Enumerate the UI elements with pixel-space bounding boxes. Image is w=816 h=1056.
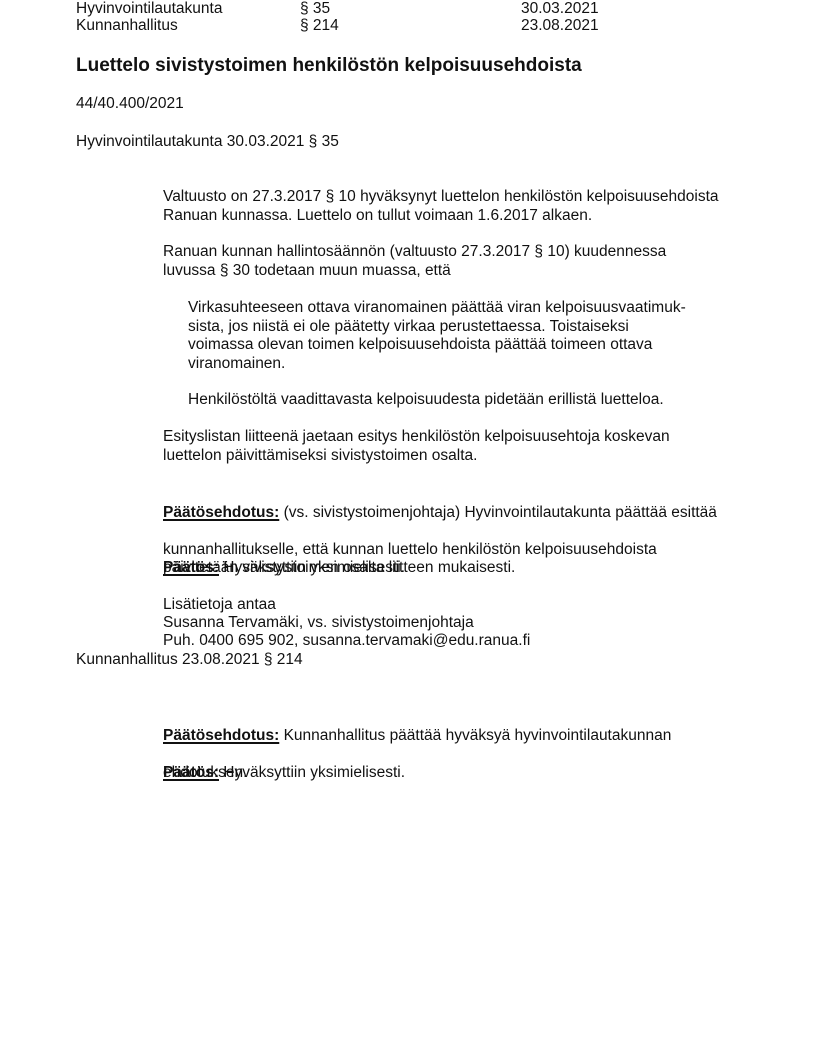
meeting1-paragraph-3: Esityslistan liitteenä jaetaan esitys he… — [163, 428, 670, 465]
meeting1-paragraph-1: Valtuusto on 27.3.2017 § 10 hyväksynyt l… — [163, 188, 719, 225]
header-date: 23.08.2021 — [521, 17, 599, 36]
meeting1-heading: Hyvinvointilautakunta 30.03.2021 § 35 — [76, 133, 339, 152]
meeting2-decision: Päätös: Hyväksyttiin yksimielisesti. — [163, 764, 405, 783]
decision-text: Hyväksyttiin yksimielisesti. — [219, 559, 405, 576]
document-title: Luettelo sivistystoimen henkilöstön kelp… — [76, 55, 582, 77]
proposal-text: Kunnanhallitus päättää hyväksyä hyvinvoi… — [279, 727, 671, 744]
header-date: 30.03.2021 — [521, 0, 599, 19]
decision-text: Hyväksyttiin yksimielisesti. — [219, 764, 405, 781]
proposal-label: Päätösehdotus: — [163, 504, 279, 521]
proposal-text: (vs. sivistystoimenjohtaja) Hyvinvointil… — [279, 504, 717, 521]
header-body: Hyvinvointilautakunta — [76, 0, 222, 19]
header-row: Hyvinvointilautakunta § 35 30.03.2021 — [76, 0, 776, 18]
decision-label: Päätös: — [163, 764, 219, 781]
header-section: § 35 — [300, 0, 330, 19]
header-section: § 214 — [300, 17, 339, 36]
meeting1-proposal: Päätösehdotus: (vs. sivistystoimenjohtaj… — [163, 485, 717, 596]
meeting1-paragraph-2: Ranuan kunnan hallintosäännön (valtuusto… — [163, 243, 666, 280]
decision-label: Päätös: — [163, 559, 219, 576]
contact-intro: Lisätietoja antaa — [163, 596, 276, 615]
header-row: Kunnanhallitus § 214 23.08.2021 — [76, 17, 776, 35]
meeting2-heading: Kunnanhallitus 23.08.2021 § 214 — [76, 651, 303, 670]
proposal-label: Päätösehdotus: — [163, 727, 279, 744]
contact-name: Susanna Tervamäki, vs. sivistystoimenjoh… — [163, 614, 474, 633]
meeting1-quote-2: Henkilöstöltä vaadittavasta kelpoisuudes… — [188, 391, 664, 410]
meeting1-quote-1: Virkasuhteeseen ottava viranomainen päät… — [188, 299, 686, 373]
reference-number: 44/40.400/2021 — [76, 95, 184, 114]
meeting2-proposal: Päätösehdotus: Kunnanhallitus päättää hy… — [163, 708, 671, 801]
meeting1-decision: Päätös: Hyväksyttiin yksimielisesti. — [163, 559, 405, 578]
contact-details: Puh. 0400 695 902, susanna.tervamaki@edu… — [163, 632, 530, 651]
header-body: Kunnanhallitus — [76, 17, 178, 36]
